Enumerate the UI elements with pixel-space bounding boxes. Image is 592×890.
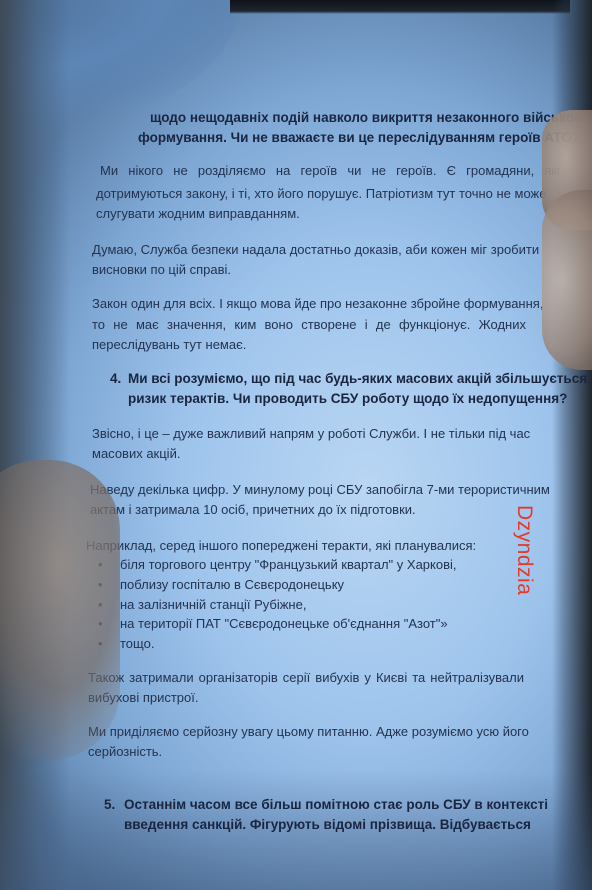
answer-4-p1-line-1: Звісно, і це – дуже важливий напрям у ро… xyxy=(92,426,526,441)
answer-4-p1-line-2: масових акцій. xyxy=(92,446,180,461)
finger-left xyxy=(0,460,120,760)
answer-4-p2-line-1: Наведу декілька цифр. У минулому році СБ… xyxy=(90,482,550,497)
bullet-item: біля торгового центру "Французький кварт… xyxy=(120,557,457,572)
answer-4-p2-line-2: актам і затримала 10 осіб, причетних до … xyxy=(90,502,416,517)
answer-4-p5-line-2: серйозність. xyxy=(88,744,162,759)
question-5-line-2: введення санкцій. Фігурують відомі прізв… xyxy=(124,817,524,832)
answer-3-p1-line-2: дотримуються закону, і ті, хто його пору… xyxy=(96,186,546,201)
answer-4-p5-line-1: Ми приділяємо серйозну увагу цьому питан… xyxy=(88,724,529,739)
answer-3-p2-line-1: Думаю, Служба безпеки надала достатньо д… xyxy=(92,242,539,257)
answer-3-p3-line-2: то не має значення, ким воно створене і … xyxy=(92,317,526,332)
answer-3-p1-line-1: Ми нікого не розділяємо на героїв чи не … xyxy=(100,163,560,178)
question-5-line-1: Останнім часом все більш помітною стає р… xyxy=(124,797,524,812)
question-3-line-2: формування. Чи не вважаєте ви це переслі… xyxy=(138,130,580,145)
watermark-text: Dzyndzia xyxy=(512,505,536,595)
question-4-number: 4. xyxy=(110,371,121,386)
hand-right xyxy=(542,190,592,370)
answer-3-p2-line-2: висновки по цій справі. xyxy=(92,262,231,277)
answer-3-p1-line-3: слугувати жодним виправданням. xyxy=(96,206,300,221)
answer-3-p3-line-1: Закон один для всіх. І якщо мова йде про… xyxy=(92,296,543,311)
bullet-item: поблизу госпіталю в Сєвєродонецьку xyxy=(120,577,344,592)
bullet-item: тощо. xyxy=(120,636,154,651)
question-4-line-2: ризик терактів. Чи проводить СБУ роботу … xyxy=(128,391,567,406)
answer-4-p4-line-1: Також затримали організаторів серії вибу… xyxy=(88,670,524,685)
document-text: щодо нещодавніх подій навколо викриття н… xyxy=(0,0,592,890)
question-4-line-1: Ми всі розуміємо, що під час будь-яких м… xyxy=(128,371,587,386)
answer-3-p3-line-3: переслідувань тут немає. xyxy=(92,337,246,352)
question-3-line-1: щодо нещодавніх подій навколо викриття н… xyxy=(150,110,592,125)
bullet-item: на території ПАТ "Сєвєродонецьке об'єдна… xyxy=(120,616,448,631)
answer-4-p3-intro: Наприклад, серед іншого попереджені тера… xyxy=(86,538,476,553)
question-5-number: 5. xyxy=(104,797,115,812)
bullet-item: на залізничній станції Рубіжне, xyxy=(120,597,306,612)
